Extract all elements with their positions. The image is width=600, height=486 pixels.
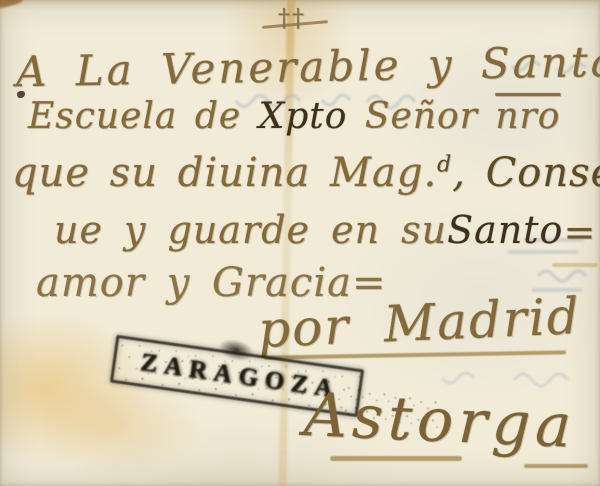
letter-cover-photo: †† A La Venerable y Santa Escuela de Xpt…	[0, 0, 600, 486]
cross-mark: ††	[278, 4, 306, 32]
address-line-2-emphasis: Xpto	[259, 96, 348, 137]
address-line-3-superscript: d	[437, 153, 452, 178]
show-through-mark	[552, 263, 598, 267]
address-line-2-abbreviation: nro	[495, 96, 560, 137]
address-line-4-emphasis: Santo	[447, 208, 563, 254]
destination: Astorga	[303, 380, 578, 462]
address-line-4-dash: =	[563, 210, 596, 254]
address-line-2: Escuela de Xpto Señor nro	[28, 96, 560, 137]
address-line-2-text: Escuela de	[28, 96, 259, 137]
address-line-3: que su diuina Mag.d, Conser	[12, 150, 600, 196]
address-line-1: A La Venerable y Santa	[16, 37, 600, 97]
destination-underline	[524, 464, 588, 468]
address-line-4: ue y guarde en su Santo=	[54, 208, 568, 254]
destination-underline	[330, 456, 462, 461]
ink-blot	[17, 91, 25, 98]
address-line-2-text: Señor	[347, 96, 495, 137]
address-line-4-text: ue y guarde en su	[54, 208, 447, 254]
address-line-3-text: que su diuina Mag.	[12, 150, 437, 196]
paper-edge	[0, 0, 25, 9]
address-line-3-text: , Conser	[452, 150, 600, 196]
